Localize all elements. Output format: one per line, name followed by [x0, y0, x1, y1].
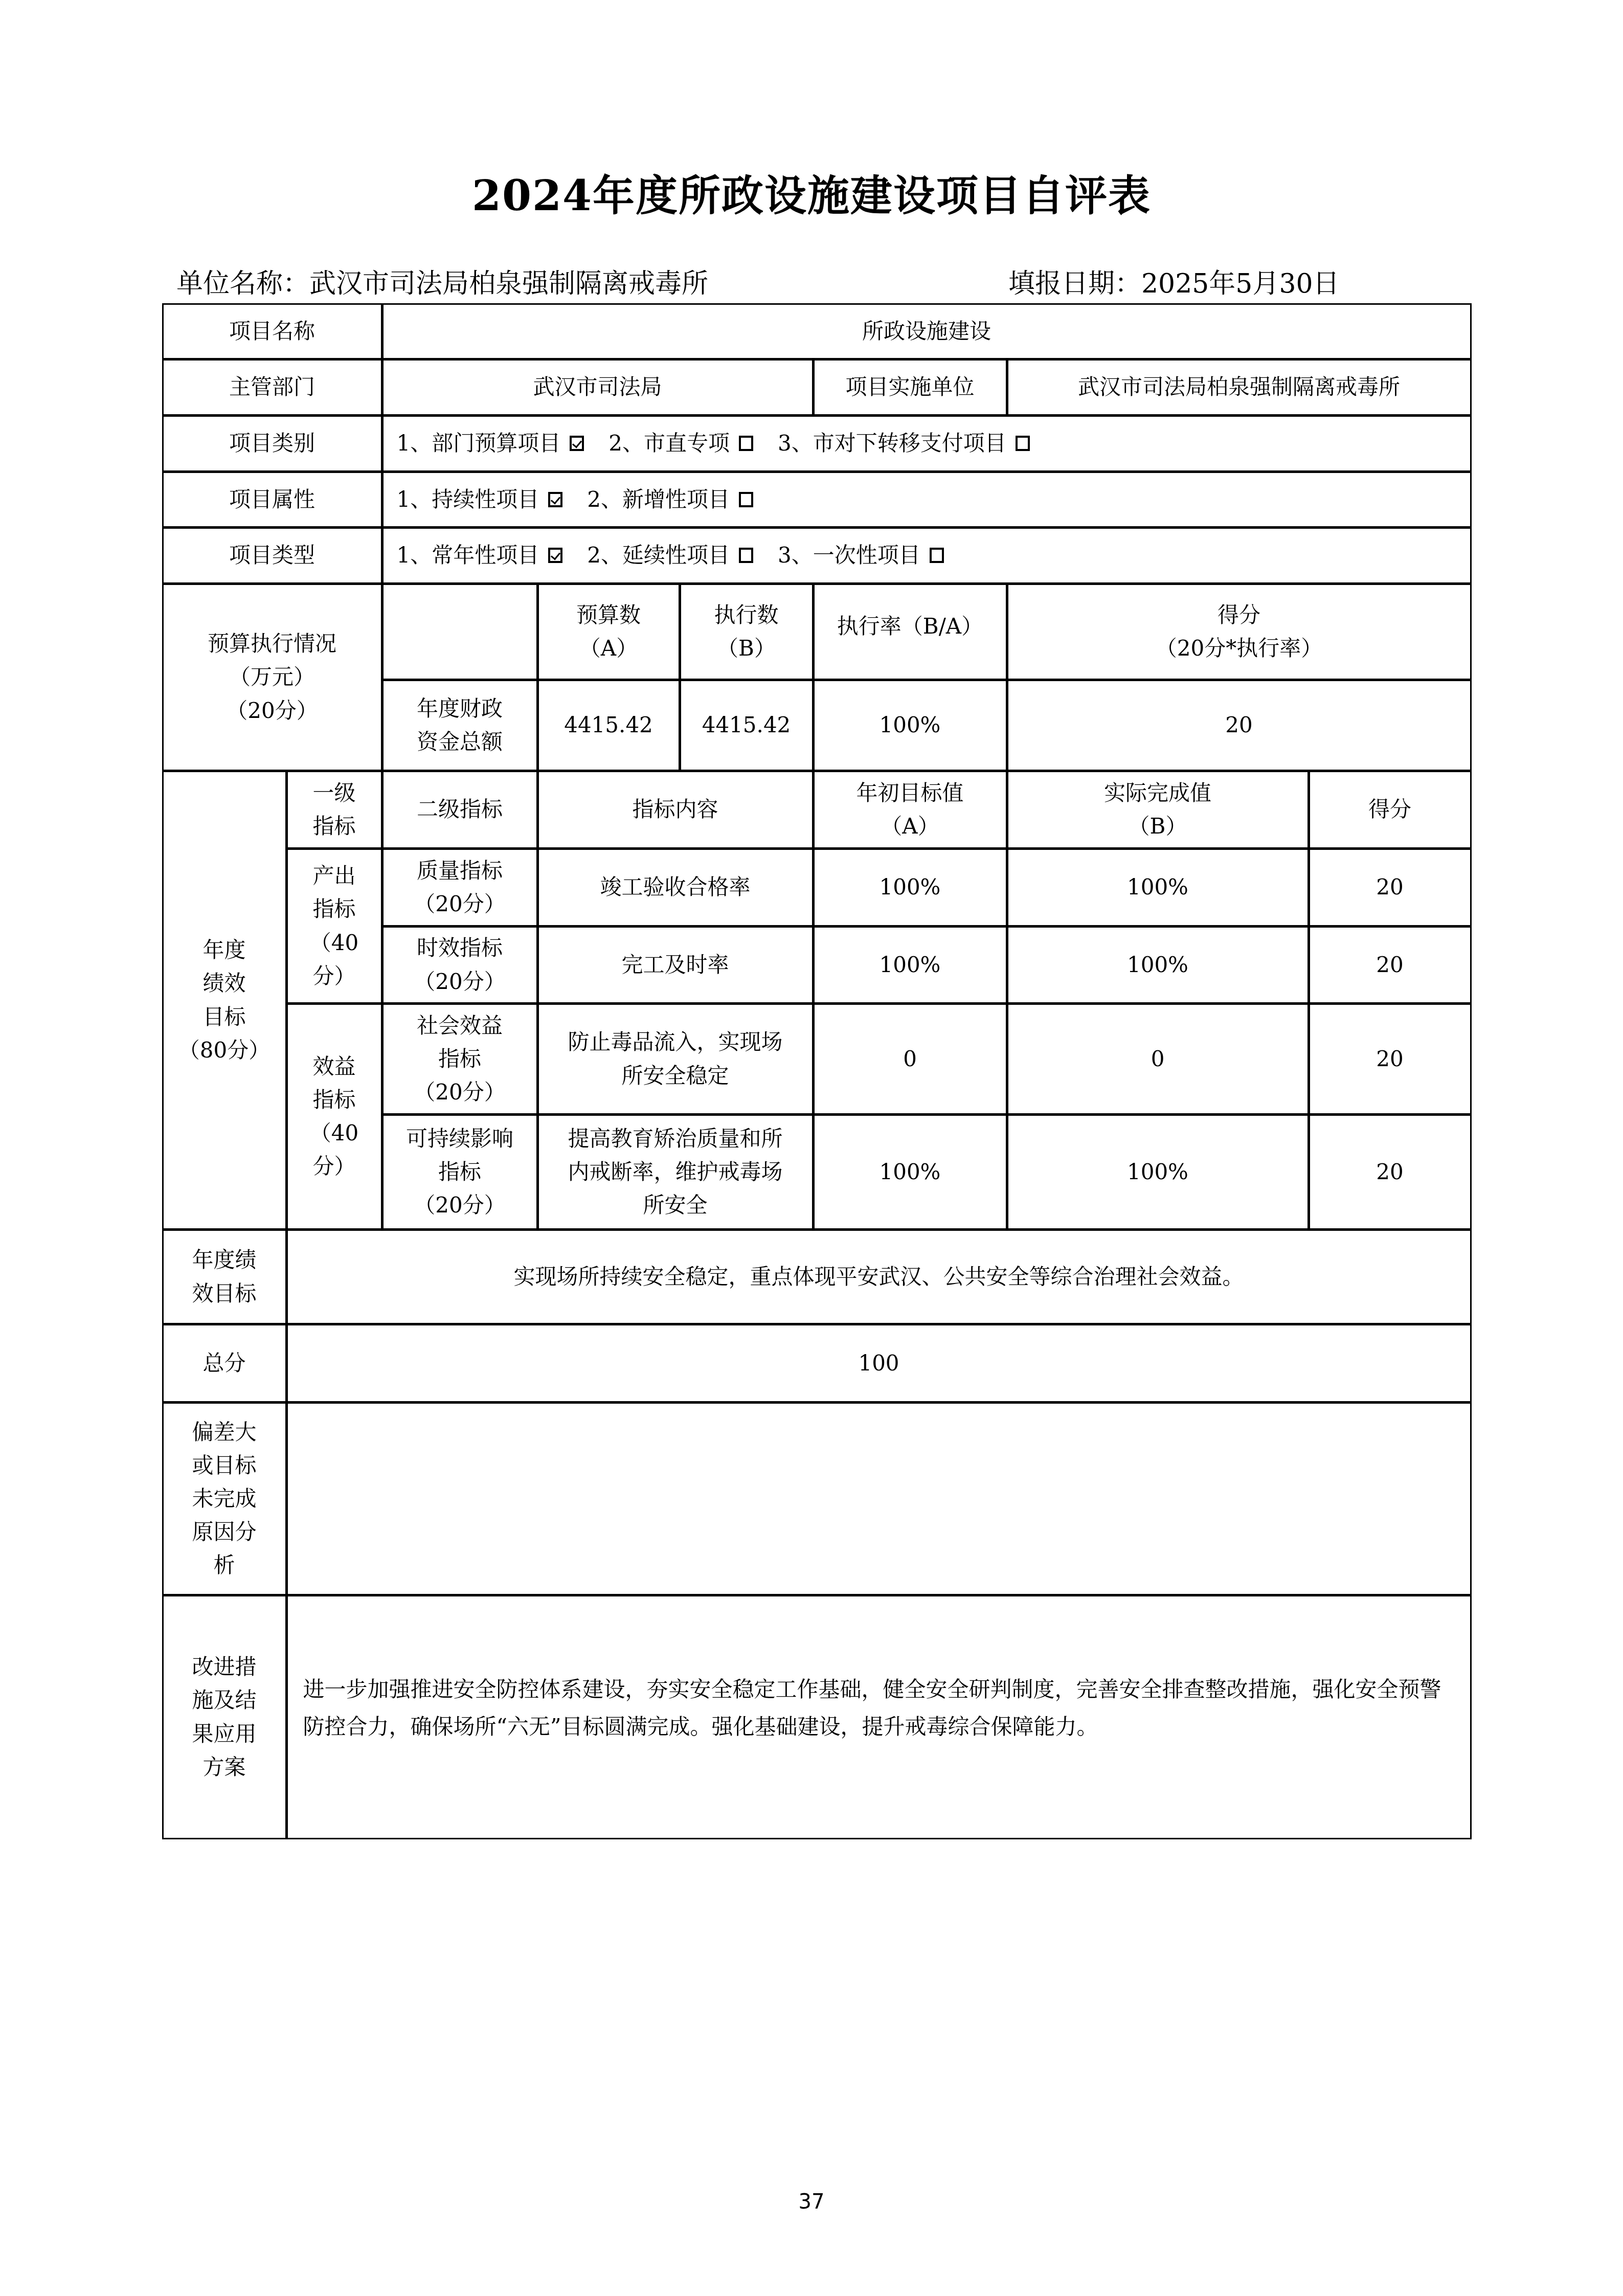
budget-rate-value: 100% [813, 680, 1007, 771]
perf-header-target: 年初目标值 （A） [813, 771, 1007, 849]
attribute-option-continuing[interactable]: 1、持续性项目 [397, 483, 563, 516]
budget-score-value: 20 [1007, 680, 1472, 771]
budget-header-score: 得分 （20分*执行率） [1007, 583, 1472, 680]
perf-group-output: 产出 指标 （40 分） [286, 848, 382, 1004]
attribute-option-new[interactable]: 2、新增性项目 [587, 483, 753, 516]
perf-row-score: 20 [1309, 1114, 1472, 1230]
perf-group-benefit: 效益 指标 （40 分） [286, 1003, 382, 1230]
impl-unit-label: 项目实施单位 [813, 359, 1007, 416]
fill-date: 填报日期：2025年5月30日 [1008, 262, 1340, 300]
attribute-options: 1、持续性项目 2、新增性项目 [382, 471, 1472, 528]
perf-row-actual: 100% [1007, 848, 1309, 927]
checkbox-empty-icon[interactable] [930, 548, 944, 563]
category-options: 1、部门预算项目 2、市直专项 3、市对下转移支付项目 [382, 415, 1472, 472]
total-score-value: 100 [286, 1324, 1472, 1403]
perf-row-content: 提高教育矫治质量和所 内戒断率，维护戒毒场 所安全 [537, 1114, 814, 1230]
project-name-label: 项目名称 [162, 303, 382, 359]
checkbox-empty-icon[interactable] [739, 436, 753, 451]
type-option-annual[interactable]: 1、常年性项目 [397, 538, 563, 572]
perf-row-actual: 0 [1007, 1003, 1309, 1115]
dept-value: 武汉市司法局 [382, 359, 814, 416]
budget-section-label: 预算执行情况 （万元） （20分） [162, 583, 382, 771]
perf-row-target: 0 [813, 1003, 1007, 1115]
deviation-label: 偏差大 或目标 未完成 原因分 析 [162, 1402, 287, 1595]
perf-row-level2: 可持续影响 指标 （20分） [382, 1114, 538, 1230]
improvement-value: 进一步加强推进安全防控体系建设，夯实安全稳定工作基础，健全安全研判制度，完善安全… [286, 1595, 1472, 1839]
perf-row-content: 竣工验收合格率 [537, 848, 814, 927]
perf-row-score: 20 [1309, 848, 1472, 927]
total-score-label: 总分 [162, 1324, 287, 1403]
perf-header-content: 指标内容 [537, 771, 814, 849]
perf-row-level2: 时效指标 （20分） [382, 926, 538, 1004]
perf-row-actual: 100% [1007, 1114, 1309, 1230]
dept-label: 主管部门 [162, 359, 382, 416]
perf-row-score: 20 [1309, 926, 1472, 1004]
perf-header-level2: 二级指标 [382, 771, 538, 849]
perf-header-score: 得分 [1309, 771, 1472, 849]
perf-header-level1: 一级 指标 [286, 771, 382, 849]
annual-goal-label: 年度绩 效目标 [162, 1229, 287, 1324]
document-title: 2024年度所政设施建设项目自评表 [0, 163, 1623, 222]
type-option-one-time[interactable]: 3、一次性项目 [778, 538, 944, 572]
type-label: 项目类型 [162, 527, 382, 584]
page-number: 37 [0, 2190, 1623, 2214]
improvement-label: 改进措 施及结 果应用 方案 [162, 1595, 287, 1839]
perf-row-level2: 社会效益 指标 （20分） [382, 1003, 538, 1115]
category-option-dept-budget[interactable]: 1、部门预算项目 [397, 426, 584, 460]
checkbox-empty-icon[interactable] [1016, 436, 1030, 451]
budget-b-value: 4415.42 [680, 680, 814, 771]
perf-row-content: 完工及时率 [537, 926, 814, 1004]
budget-row-label: 年度财政 资金总额 [382, 680, 538, 771]
perf-row-actual: 100% [1007, 926, 1309, 1004]
budget-header-a: 预算数 （A） [537, 583, 680, 680]
project-name-value: 所政设施建设 [382, 303, 1472, 359]
perf-row-level2: 质量指标 （20分） [382, 848, 538, 927]
perf-row-score: 20 [1309, 1003, 1472, 1115]
category-label: 项目类别 [162, 415, 382, 472]
budget-header-rate: 执行率（B/A） [813, 583, 1007, 680]
budget-a-value: 4415.42 [537, 680, 680, 771]
performance-section-label: 年度 绩效 目标 （80分） [162, 771, 287, 1230]
attribute-label: 项目属性 [162, 471, 382, 528]
impl-unit-value: 武汉市司法局柏泉强制隔离戒毒所 [1007, 359, 1472, 416]
category-option-transfer-payment[interactable]: 3、市对下转移支付项目 [778, 426, 1030, 460]
checkbox-empty-icon[interactable] [739, 492, 753, 507]
checkbox-checked-icon[interactable] [548, 548, 562, 563]
budget-header-blank [382, 583, 538, 680]
budget-header-b: 执行数 （B） [680, 583, 814, 680]
checkbox-empty-icon[interactable] [739, 548, 753, 563]
checkbox-checked-icon[interactable] [548, 492, 562, 507]
unit-name: 单位名称：武汉市司法局柏泉强制隔离戒毒所 [176, 262, 708, 300]
type-options: 1、常年性项目 2、延续性项目 3、一次性项目 [382, 527, 1472, 584]
deviation-value [286, 1402, 1472, 1595]
annual-goal-value: 实现场所持续安全稳定，重点体现平安武汉、公共安全等综合治理社会效益。 [286, 1229, 1472, 1324]
perf-row-target: 100% [813, 1114, 1007, 1230]
perf-header-actual: 实际完成值 （B） [1007, 771, 1309, 849]
perf-row-target: 100% [813, 848, 1007, 927]
category-option-city-special[interactable]: 2、市直专项 [608, 426, 753, 460]
type-option-extended[interactable]: 2、延续性项目 [587, 538, 753, 572]
perf-row-content: 防止毒品流入，实现场 所安全稳定 [537, 1003, 814, 1115]
perf-row-target: 100% [813, 926, 1007, 1004]
checkbox-checked-icon[interactable] [570, 436, 584, 451]
